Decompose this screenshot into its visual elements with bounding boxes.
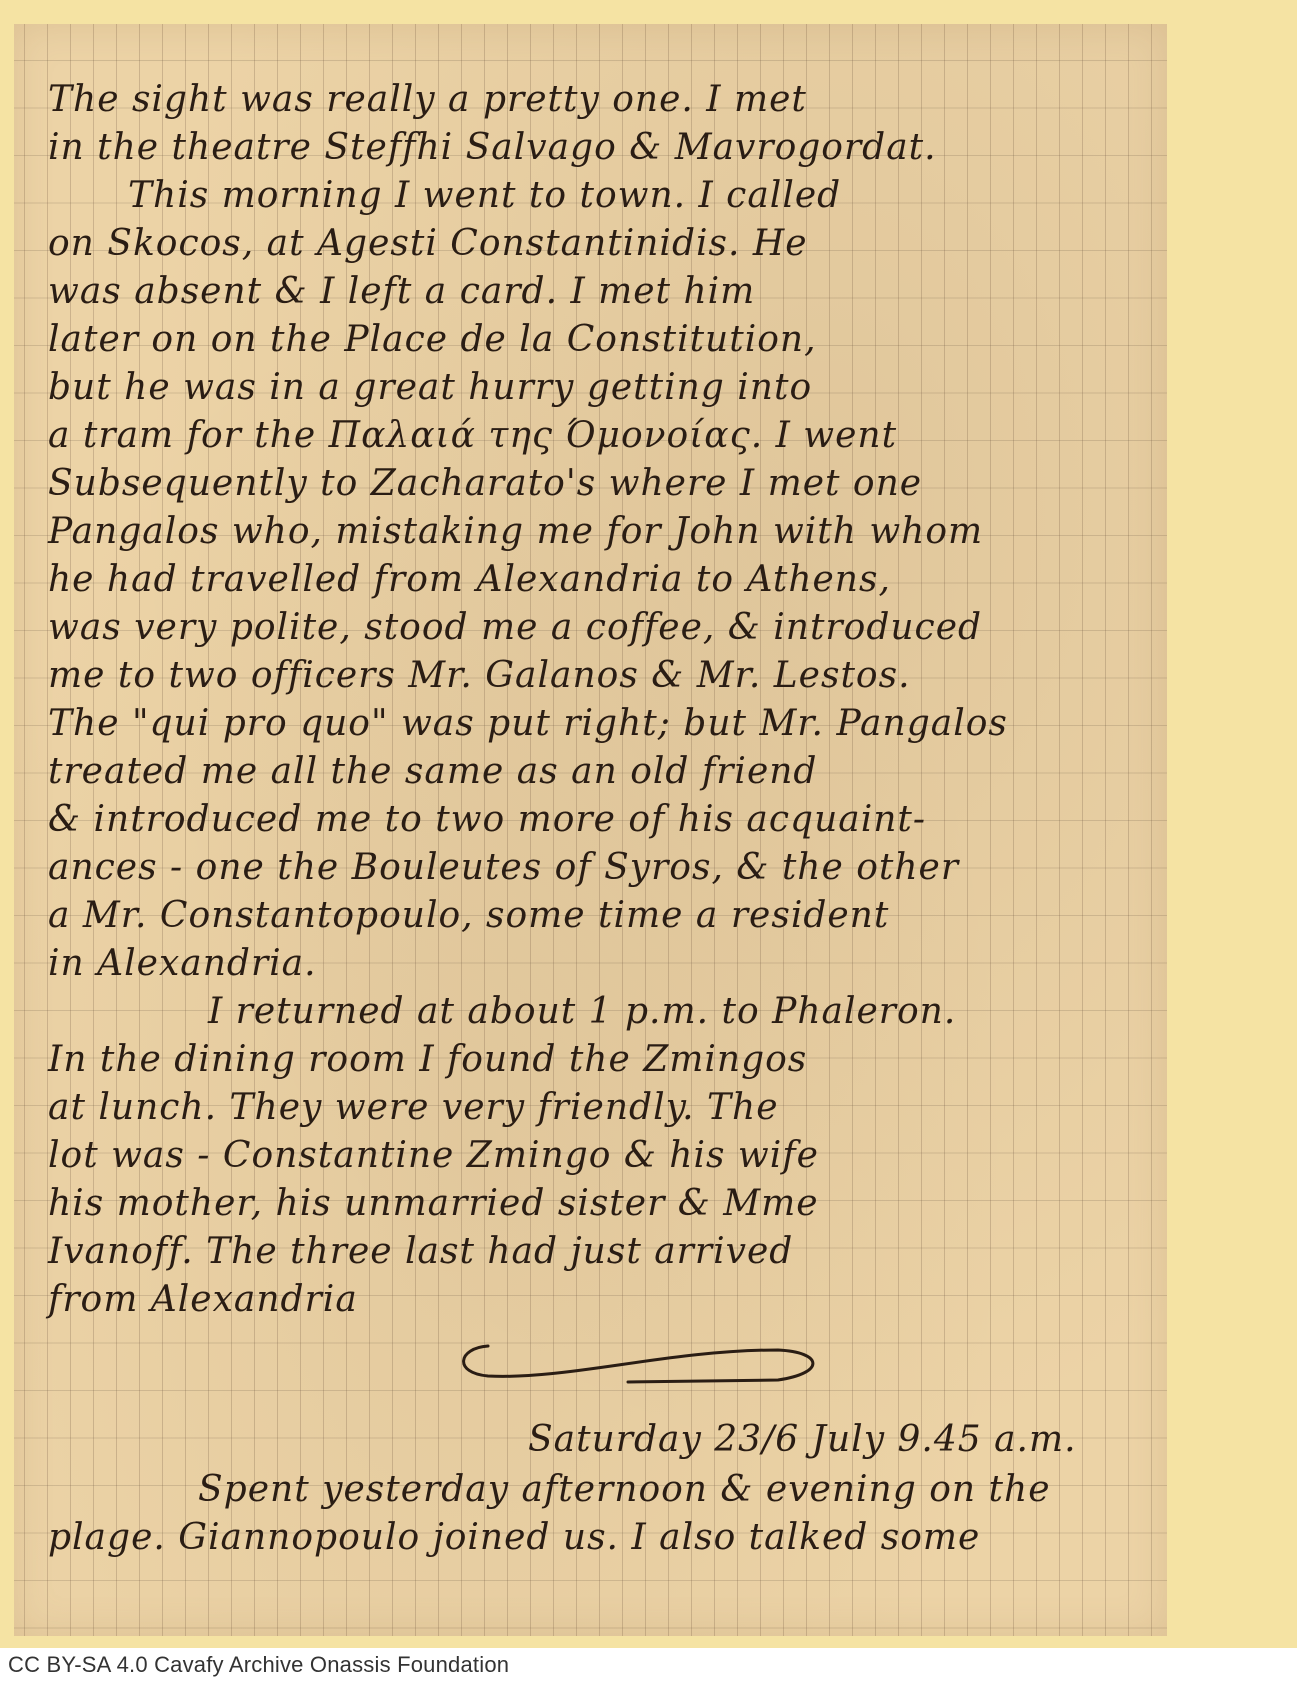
text-line-19: in Alexandria.	[48, 940, 317, 988]
text-line-14: The "qui pro quo" was put right; but Mr.…	[48, 700, 1008, 748]
text-line-8: a tram for the Παλαιά της Όμονοίας. I we…	[48, 412, 897, 460]
text-line-26: from Alexandria	[48, 1276, 358, 1324]
text-line-4: on Skocos, at Agesti Constantinidis. He	[48, 220, 808, 268]
text-line-25: Ivanoff. The three last had just arrived	[48, 1228, 793, 1276]
text-line-15: treated me all the same as an old friend	[48, 748, 817, 796]
text-line-21: In the dining room I found the Zmingos	[48, 1036, 807, 1084]
section-divider-flourish	[448, 1338, 828, 1388]
text-line-16: & introduced me to two more of his acqua…	[48, 796, 926, 844]
text-line-20: I returned at about 1 p.m. to Phaleron.	[208, 988, 956, 1036]
text-line-24: his mother, his unmarried sister & Mme	[48, 1180, 819, 1228]
text-line-11: he had travelled from Alexandria to Athe…	[48, 556, 891, 604]
text-line-10: Pangalos who, mistaking me for John with…	[48, 508, 983, 556]
manuscript-page: The sight was really a pretty one. I met…	[14, 24, 1167, 1636]
license-caption: CC BY-SA 4.0 Cavafy Archive Onassis Foun…	[8, 1652, 509, 1678]
text-line-1: The sight was really a pretty one. I met	[48, 76, 807, 124]
text-line-9: Subsequently to Zacharato's where I met …	[48, 460, 922, 508]
text-line-2: in the theatre Steffhi Salvago & Mavrogo…	[48, 124, 937, 172]
text-line-23: lot was - Constantine Zmingo & his wife	[48, 1132, 819, 1180]
text-line-5: was absent & I left a card. I met him	[48, 268, 755, 316]
text-line-3: This morning I went to town. I called	[128, 172, 841, 220]
text-line-7: but he was in a great hurry getting into	[48, 364, 812, 412]
text-line-18: a Mr. Constantopoulo, some time a reside…	[48, 892, 889, 940]
text-line-6: later on on the Place de la Constitution…	[48, 316, 817, 364]
text-line-17: ances - one the Bouleutes of Syros, & th…	[48, 844, 959, 892]
text-line-28: plage. Giannopoulo joined us. I also tal…	[48, 1514, 980, 1562]
text-line-12: was very polite, stood me a coffee, & in…	[48, 604, 982, 652]
text-line-27: Spent yesterday afternoon & evening on t…	[198, 1466, 1051, 1514]
diary-dateline: Saturday 23/6 July 9.45 a.m.	[528, 1416, 1077, 1464]
text-line-13: me to two officers Mr. Galanos & Mr. Les…	[48, 652, 911, 700]
text-line-22: at lunch. They were very friendly. The	[48, 1084, 779, 1132]
